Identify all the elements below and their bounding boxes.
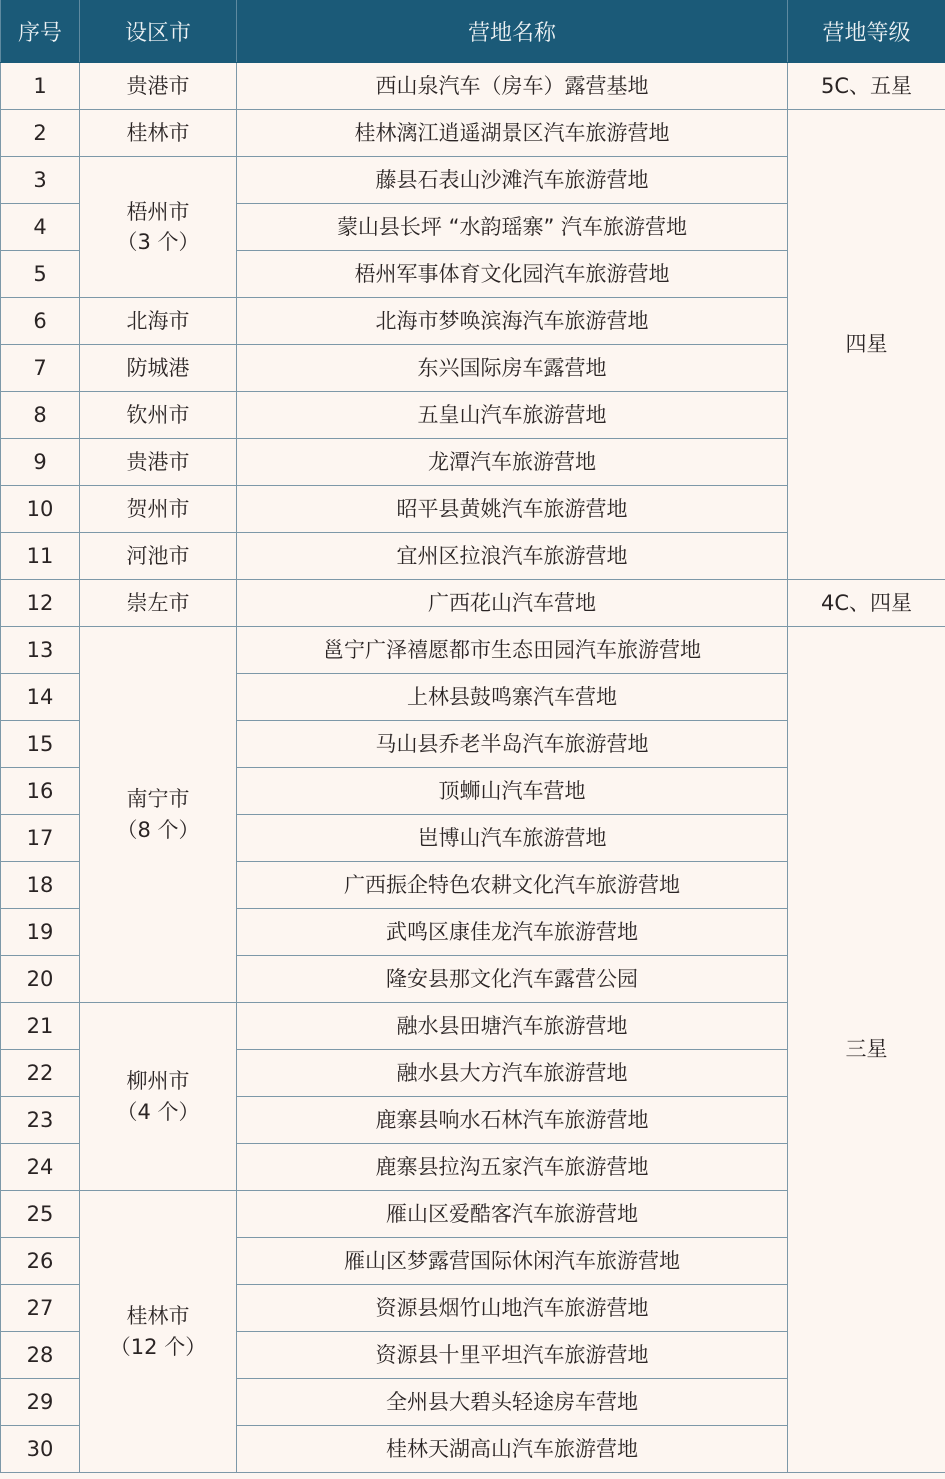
cell-index: 7 bbox=[1, 345, 80, 392]
table-row: 13 南宁市 （8 个） 邕宁广泽禧愿都市生态田园汽车旅游营地 三星 bbox=[1, 627, 945, 674]
cell-city-merged: 南宁市 （8 个） bbox=[80, 627, 237, 1003]
cell-name: 融水县田塘汽车旅游营地 bbox=[237, 1003, 788, 1050]
cell-name: 融水县大方汽车旅游营地 bbox=[237, 1050, 788, 1097]
cell-index: 8 bbox=[1, 392, 80, 439]
cell-city: 崇左市 bbox=[80, 580, 237, 627]
cell-city: 桂林市 bbox=[80, 110, 237, 157]
cell-city: 贺州市 bbox=[80, 486, 237, 533]
cell-name: 上林县鼓鸣寨汽车营地 bbox=[237, 674, 788, 721]
cell-name: 蒙山县长坪 “水韵瑶寨” 汽车旅游营地 bbox=[237, 204, 788, 251]
cell-index: 11 bbox=[1, 533, 80, 580]
cell-name: 广西花山汽车营地 bbox=[237, 580, 788, 627]
column-header-name: 营地名称 bbox=[237, 0, 788, 63]
cell-name: 全州县大碧头轻途房车营地 bbox=[237, 1379, 788, 1426]
cell-name: 西山泉汽车（房车）露营基地 bbox=[237, 63, 788, 110]
cell-name: 五皇山汽车旅游营地 bbox=[237, 392, 788, 439]
city-name: 南宁市 bbox=[127, 787, 190, 811]
cell-index: 5 bbox=[1, 251, 80, 298]
cell-index: 6 bbox=[1, 298, 80, 345]
cell-index: 15 bbox=[1, 721, 80, 768]
cell-index: 12 bbox=[1, 580, 80, 627]
cell-name: 雁山区爱酷客汽车旅游营地 bbox=[237, 1191, 788, 1238]
cell-index: 3 bbox=[1, 157, 80, 204]
cell-index: 24 bbox=[1, 1144, 80, 1191]
cell-name: 梧州军事体育文化园汽车旅游营地 bbox=[237, 251, 788, 298]
cell-index: 17 bbox=[1, 815, 80, 862]
cell-index: 22 bbox=[1, 1050, 80, 1097]
cell-name: 藤县石表山沙滩汽车旅游营地 bbox=[237, 157, 788, 204]
cell-index: 28 bbox=[1, 1332, 80, 1379]
column-header-city: 设区市 bbox=[80, 0, 237, 63]
cell-index: 18 bbox=[1, 862, 80, 909]
cell-city-merged: 梧州市 （3 个） bbox=[80, 157, 237, 298]
city-count: （12 个） bbox=[80, 1332, 236, 1362]
cell-city: 北海市 bbox=[80, 298, 237, 345]
table-row: 1 贵港市 西山泉汽车（房车）露营基地 5C、五星 bbox=[1, 63, 945, 110]
cell-name: 北海市梦唤滨海汽车旅游营地 bbox=[237, 298, 788, 345]
cell-name: 桂林天湖高山汽车旅游营地 bbox=[237, 1426, 788, 1473]
cell-index: 25 bbox=[1, 1191, 80, 1238]
cell-name: 雁山区梦露营国际休闲汽车旅游营地 bbox=[237, 1238, 788, 1285]
column-header-grade: 营地等级 bbox=[788, 0, 945, 63]
cell-grade: 4C、四星 bbox=[788, 580, 945, 627]
cell-index: 14 bbox=[1, 674, 80, 721]
cell-index: 9 bbox=[1, 439, 80, 486]
cell-index: 10 bbox=[1, 486, 80, 533]
city-count: （3 个） bbox=[80, 227, 236, 257]
cell-grade-merged: 四星 bbox=[788, 110, 945, 580]
cell-name: 邕宁广泽禧愿都市生态田园汽车旅游营地 bbox=[237, 627, 788, 674]
cell-name: 顶蛳山汽车营地 bbox=[237, 768, 788, 815]
cell-index: 29 bbox=[1, 1379, 80, 1426]
cell-name: 桂林漓江逍遥湖景区汽车旅游营地 bbox=[237, 110, 788, 157]
city-name: 梧州市 bbox=[127, 200, 190, 224]
cell-index: 4 bbox=[1, 204, 80, 251]
cell-index: 13 bbox=[1, 627, 80, 674]
cell-grade-merged: 三星 bbox=[788, 627, 945, 1473]
cell-index: 16 bbox=[1, 768, 80, 815]
cell-name: 东兴国际房车露营地 bbox=[237, 345, 788, 392]
city-count: （8 个） bbox=[80, 815, 236, 845]
cell-name: 马山县乔老半岛汽车旅游营地 bbox=[237, 721, 788, 768]
cell-name: 宜州区拉浪汽车旅游营地 bbox=[237, 533, 788, 580]
cell-name: 广西振企特色农耕文化汽车旅游营地 bbox=[237, 862, 788, 909]
cell-name: 岜博山汽车旅游营地 bbox=[237, 815, 788, 862]
table-row: 12 崇左市 广西花山汽车营地 4C、四星 bbox=[1, 580, 945, 627]
city-count: （4 个） bbox=[80, 1097, 236, 1127]
cell-name: 龙潭汽车旅游营地 bbox=[237, 439, 788, 486]
column-header-index: 序号 bbox=[1, 0, 80, 63]
cell-name: 资源县十里平坦汽车旅游营地 bbox=[237, 1332, 788, 1379]
cell-name: 武鸣区康佳龙汽车旅游营地 bbox=[237, 909, 788, 956]
cell-index: 26 bbox=[1, 1238, 80, 1285]
cell-city-merged: 桂林市 （12 个） bbox=[80, 1191, 237, 1473]
cell-name: 隆安县那文化汽车露营公园 bbox=[237, 956, 788, 1003]
cell-index: 30 bbox=[1, 1426, 80, 1473]
cell-index: 2 bbox=[1, 110, 80, 157]
cell-index: 19 bbox=[1, 909, 80, 956]
cell-index: 23 bbox=[1, 1097, 80, 1144]
cell-index: 20 bbox=[1, 956, 80, 1003]
city-name: 桂林市 bbox=[127, 1304, 190, 1328]
cell-city: 防城港 bbox=[80, 345, 237, 392]
cell-index: 21 bbox=[1, 1003, 80, 1050]
cell-city: 河池市 bbox=[80, 533, 237, 580]
cell-name: 资源县烟竹山地汽车旅游营地 bbox=[237, 1285, 788, 1332]
cell-name: 鹿寨县拉沟五家汽车旅游营地 bbox=[237, 1144, 788, 1191]
campsite-grade-table: 序号 设区市 营地名称 营地等级 1 贵港市 西山泉汽车（房车）露营基地 5C、… bbox=[0, 0, 945, 1473]
city-name: 柳州市 bbox=[127, 1069, 190, 1093]
cell-city-merged: 柳州市 （4 个） bbox=[80, 1003, 237, 1191]
table-header-row: 序号 设区市 营地名称 营地等级 bbox=[1, 0, 945, 63]
cell-city: 钦州市 bbox=[80, 392, 237, 439]
cell-name: 鹿寨县响水石林汽车旅游营地 bbox=[237, 1097, 788, 1144]
cell-index: 27 bbox=[1, 1285, 80, 1332]
table-row: 2 桂林市 桂林漓江逍遥湖景区汽车旅游营地 四星 bbox=[1, 110, 945, 157]
cell-index: 1 bbox=[1, 63, 80, 110]
cell-city: 贵港市 bbox=[80, 63, 237, 110]
cell-grade: 5C、五星 bbox=[788, 63, 945, 110]
cell-city: 贵港市 bbox=[80, 439, 237, 486]
cell-name: 昭平县黄姚汽车旅游营地 bbox=[237, 486, 788, 533]
